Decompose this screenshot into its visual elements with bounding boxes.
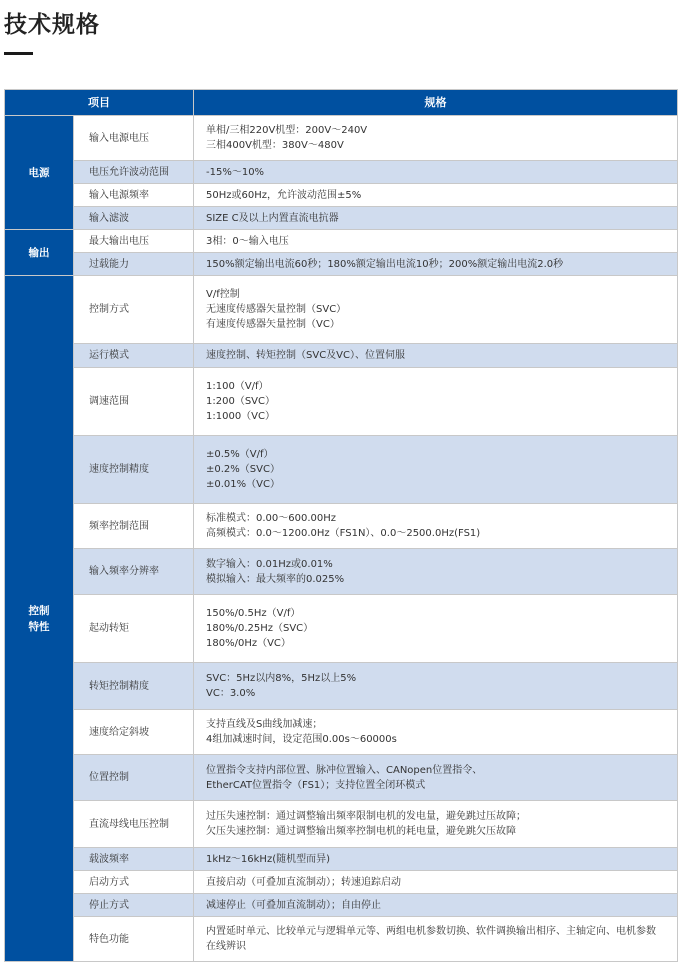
table-row: 输入滤波 SIZE C及以上内置直流电抗器	[5, 207, 678, 230]
table-row: 载波频率 1kHz～16kHz(随机型而异)	[5, 848, 678, 871]
header-spec: 规格	[194, 90, 678, 116]
row-item: 最大输出电压	[74, 230, 194, 253]
row-spec: 直接启动（可叠加直流制动）；转速追踪启动	[194, 871, 678, 894]
row-spec: -15%～10%	[194, 161, 678, 184]
row-item: 控制方式	[74, 276, 194, 344]
spec-line: 高频模式：0.0～1200.0Hz（FS1N）、0.0～2500.0Hz(FS1…	[206, 526, 677, 541]
table-row: 电压允许波动范围 -15%～10%	[5, 161, 678, 184]
spec-line: 标准模式：0.00～600.00Hz	[206, 511, 677, 526]
row-item: 调速范围	[74, 368, 194, 436]
group-label-line: 控制	[5, 603, 73, 619]
spec-line: 有速度传感器矢量控制（VC）	[206, 317, 677, 332]
spec-line: 支持直线及S曲线加减速；	[206, 717, 677, 732]
spec-line: 直接启动（可叠加直流制动）；转速追踪启动	[206, 875, 677, 890]
row-spec: 支持直线及S曲线加减速； 4组加减速时间，设定范围0.00s～60000s	[194, 710, 678, 755]
spec-line: 1:1000（VC）	[206, 409, 677, 424]
spec-line: 无速度传感器矢量控制（SVC）	[206, 302, 677, 317]
table-row: 起动转矩 150%/0.5Hz（V/f） 180%/0.25Hz（SVC） 18…	[5, 595, 678, 663]
table-row: 速度给定斜坡 支持直线及S曲线加减速； 4组加减速时间，设定范围0.00s～60…	[5, 710, 678, 755]
row-item: 电压允许波动范围	[74, 161, 194, 184]
spec-line: 速度控制、转矩控制（SVC及VC）、位置伺服	[206, 348, 677, 363]
row-spec: 50Hz或60Hz，允许波动范围±5%	[194, 184, 678, 207]
spec-line: 位置指令支持内部位置、脉冲位置输入、CANopen位置指令、	[206, 763, 677, 778]
spec-line: 数字输入：0.01Hz或0.01%	[206, 557, 677, 572]
row-item: 起动转矩	[74, 595, 194, 663]
row-spec: 单相/三相220V机型：200V～240V 三相400V机型：380V～480V	[194, 116, 678, 161]
row-item: 运行模式	[74, 344, 194, 368]
row-item: 速度给定斜坡	[74, 710, 194, 755]
table-row: 输入电源频率 50Hz或60Hz，允许波动范围±5%	[5, 184, 678, 207]
row-spec: 3相：0～输入电压	[194, 230, 678, 253]
spec-line: ±0.5%（V/f）	[206, 447, 677, 462]
table-row: 输入频率分辨率 数字输入：0.01Hz或0.01% 模拟输入：最大频率的0.02…	[5, 549, 678, 595]
spec-line: VC：3.0%	[206, 686, 677, 701]
spec-line: EtherCAT位置指令（FS1）；支持位置全闭环模式	[206, 778, 677, 793]
row-spec: SIZE C及以上内置直流电抗器	[194, 207, 678, 230]
spec-line: SVC：5Hz以内8%，5Hz以上5%	[206, 671, 677, 686]
table-row: 控制 特性 控制方式 V/f控制 无速度传感器矢量控制（SVC） 有速度传感器矢…	[5, 276, 678, 344]
table-row: 调速范围 1:100（V/f） 1:200（SVC） 1:1000（VC）	[5, 368, 678, 436]
spec-line: 内置延时单元、比较单元与逻辑单元等、两组电机参数切换、软件调换输出相序、主轴定向…	[206, 924, 677, 954]
spec-table: 项目 规格 电源 输入电源电压 单相/三相220V机型：200V～240V 三相…	[4, 89, 678, 962]
row-spec: 150%额定输出电流60秒；180%额定输出电流10秒；200%额定输出电流2.…	[194, 253, 678, 276]
row-item: 停止方式	[74, 894, 194, 917]
spec-line: 三相400V机型：380V～480V	[206, 138, 677, 153]
group-power: 电源	[5, 116, 74, 230]
table-row: 过载能力 150%额定输出电流60秒；180%额定输出电流10秒；200%额定输…	[5, 253, 678, 276]
row-item: 特色功能	[74, 917, 194, 962]
row-spec: V/f控制 无速度传感器矢量控制（SVC） 有速度传感器矢量控制（VC）	[194, 276, 678, 344]
row-item: 频率控制范围	[74, 504, 194, 549]
row-item: 直流母线电压控制	[74, 801, 194, 848]
spec-line: V/f控制	[206, 287, 677, 302]
spec-line: 180%/0Hz（VC）	[206, 636, 677, 651]
header-item: 项目	[5, 90, 194, 116]
row-spec: 过压失速控制：通过调整输出频率限制电机的发电量，避免跳过压故障； 欠压失速控制：…	[194, 801, 678, 848]
spec-line: 3相：0～输入电压	[206, 234, 677, 249]
row-item: 输入电源频率	[74, 184, 194, 207]
row-spec: 标准模式：0.00～600.00Hz 高频模式：0.0～1200.0Hz（FS1…	[194, 504, 678, 549]
row-spec: 数字输入：0.01Hz或0.01% 模拟输入：最大频率的0.025%	[194, 549, 678, 595]
spec-line: 1:200（SVC）	[206, 394, 677, 409]
group-control: 控制 特性	[5, 276, 74, 962]
table-row: 运行模式 速度控制、转矩控制（SVC及VC）、位置伺服	[5, 344, 678, 368]
row-spec: 减速停止（可叠加直流制动）；自由停止	[194, 894, 678, 917]
row-item: 速度控制精度	[74, 436, 194, 504]
spec-line: 欠压失速控制：通过调整输出频率控制电机的耗电量，避免跳欠压故障	[206, 824, 677, 839]
row-spec: 1:100（V/f） 1:200（SVC） 1:1000（VC）	[194, 368, 678, 436]
spec-line: 过压失速控制：通过调整输出频率限制电机的发电量，避免跳过压故障；	[206, 809, 677, 824]
spec-line: 180%/0.25Hz（SVC）	[206, 621, 677, 636]
table-row: 转矩控制精度 SVC：5Hz以内8%，5Hz以上5% VC：3.0%	[5, 663, 678, 710]
title-underline	[4, 52, 33, 55]
row-spec: 1kHz～16kHz(随机型而异)	[194, 848, 678, 871]
spec-line: SIZE C及以上内置直流电抗器	[206, 211, 677, 226]
group-label-line: 特性	[5, 619, 73, 635]
spec-line: 150%/0.5Hz（V/f）	[206, 606, 677, 621]
spec-line: 50Hz或60Hz，允许波动范围±5%	[206, 188, 677, 203]
table-row: 启动方式 直接启动（可叠加直流制动）；转速追踪启动	[5, 871, 678, 894]
row-spec: 位置指令支持内部位置、脉冲位置输入、CANopen位置指令、 EtherCAT位…	[194, 755, 678, 801]
row-item: 载波频率	[74, 848, 194, 871]
spec-line: 1kHz～16kHz(随机型而异)	[206, 852, 677, 867]
page-title: 技术规格	[4, 6, 100, 39]
row-item: 位置控制	[74, 755, 194, 801]
table-row: 速度控制精度 ±0.5%（V/f） ±0.2%（SVC） ±0.01%（VC）	[5, 436, 678, 504]
spec-line: 4组加减速时间，设定范围0.00s～60000s	[206, 732, 677, 747]
spec-line: 减速停止（可叠加直流制动）；自由停止	[206, 898, 677, 913]
row-item: 启动方式	[74, 871, 194, 894]
table-row: 输出 最大输出电压 3相：0～输入电压	[5, 230, 678, 253]
row-spec: 内置延时单元、比较单元与逻辑单元等、两组电机参数切换、软件调换输出相序、主轴定向…	[194, 917, 678, 962]
table-row: 电源 输入电源电压 单相/三相220V机型：200V～240V 三相400V机型…	[5, 116, 678, 161]
table-row: 位置控制 位置指令支持内部位置、脉冲位置输入、CANopen位置指令、 Ethe…	[5, 755, 678, 801]
table-row: 频率控制范围 标准模式：0.00～600.00Hz 高频模式：0.0～1200.…	[5, 504, 678, 549]
spec-line: -15%～10%	[206, 165, 677, 180]
table-row: 特色功能 内置延时单元、比较单元与逻辑单元等、两组电机参数切换、软件调换输出相序…	[5, 917, 678, 962]
spec-line: 模拟输入：最大频率的0.025%	[206, 572, 677, 587]
row-spec: 150%/0.5Hz（V/f） 180%/0.25Hz（SVC） 180%/0H…	[194, 595, 678, 663]
row-spec: SVC：5Hz以内8%，5Hz以上5% VC：3.0%	[194, 663, 678, 710]
table-row: 停止方式 减速停止（可叠加直流制动）；自由停止	[5, 894, 678, 917]
spec-line: 单相/三相220V机型：200V～240V	[206, 123, 677, 138]
spec-line: 1:100（V/f）	[206, 379, 677, 394]
spec-line: ±0.2%（SVC）	[206, 462, 677, 477]
row-item: 输入滤波	[74, 207, 194, 230]
row-item: 输入频率分辨率	[74, 549, 194, 595]
row-item: 输入电源电压	[74, 116, 194, 161]
spec-line: 150%额定输出电流60秒；180%额定输出电流10秒；200%额定输出电流2.…	[206, 257, 677, 272]
row-item: 过载能力	[74, 253, 194, 276]
table-row: 直流母线电压控制 过压失速控制：通过调整输出频率限制电机的发电量，避免跳过压故障…	[5, 801, 678, 848]
row-item: 转矩控制精度	[74, 663, 194, 710]
row-spec: 速度控制、转矩控制（SVC及VC）、位置伺服	[194, 344, 678, 368]
table-header-row: 项目 规格	[5, 90, 678, 116]
row-spec: ±0.5%（V/f） ±0.2%（SVC） ±0.01%（VC）	[194, 436, 678, 504]
group-output: 输出	[5, 230, 74, 276]
spec-line: ±0.01%（VC）	[206, 477, 677, 492]
